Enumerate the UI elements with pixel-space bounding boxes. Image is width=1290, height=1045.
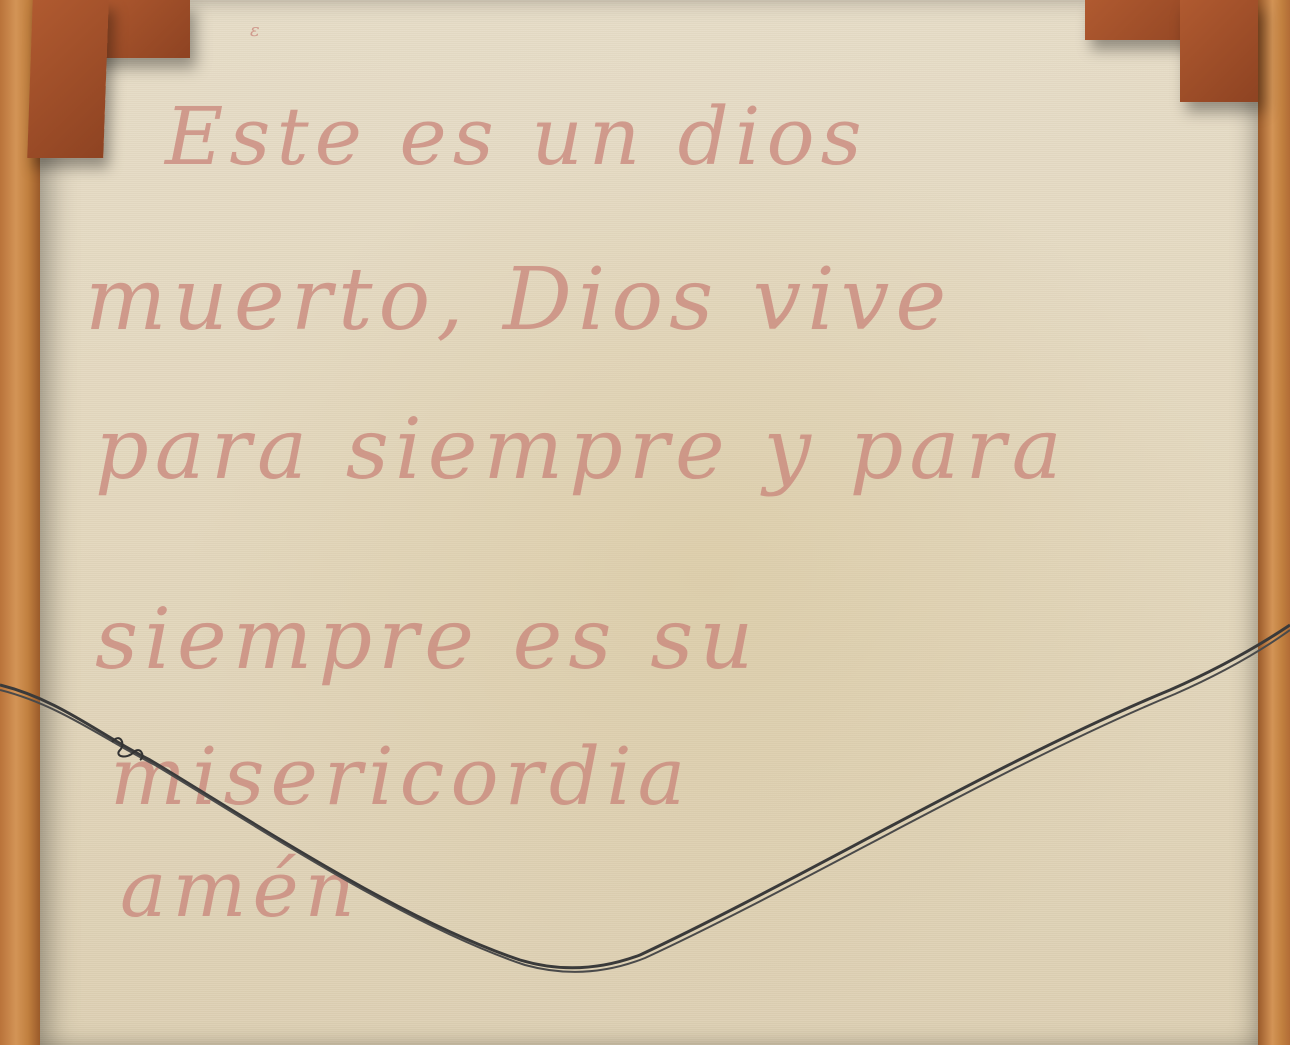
hanging-wire — [0, 0, 1290, 1045]
